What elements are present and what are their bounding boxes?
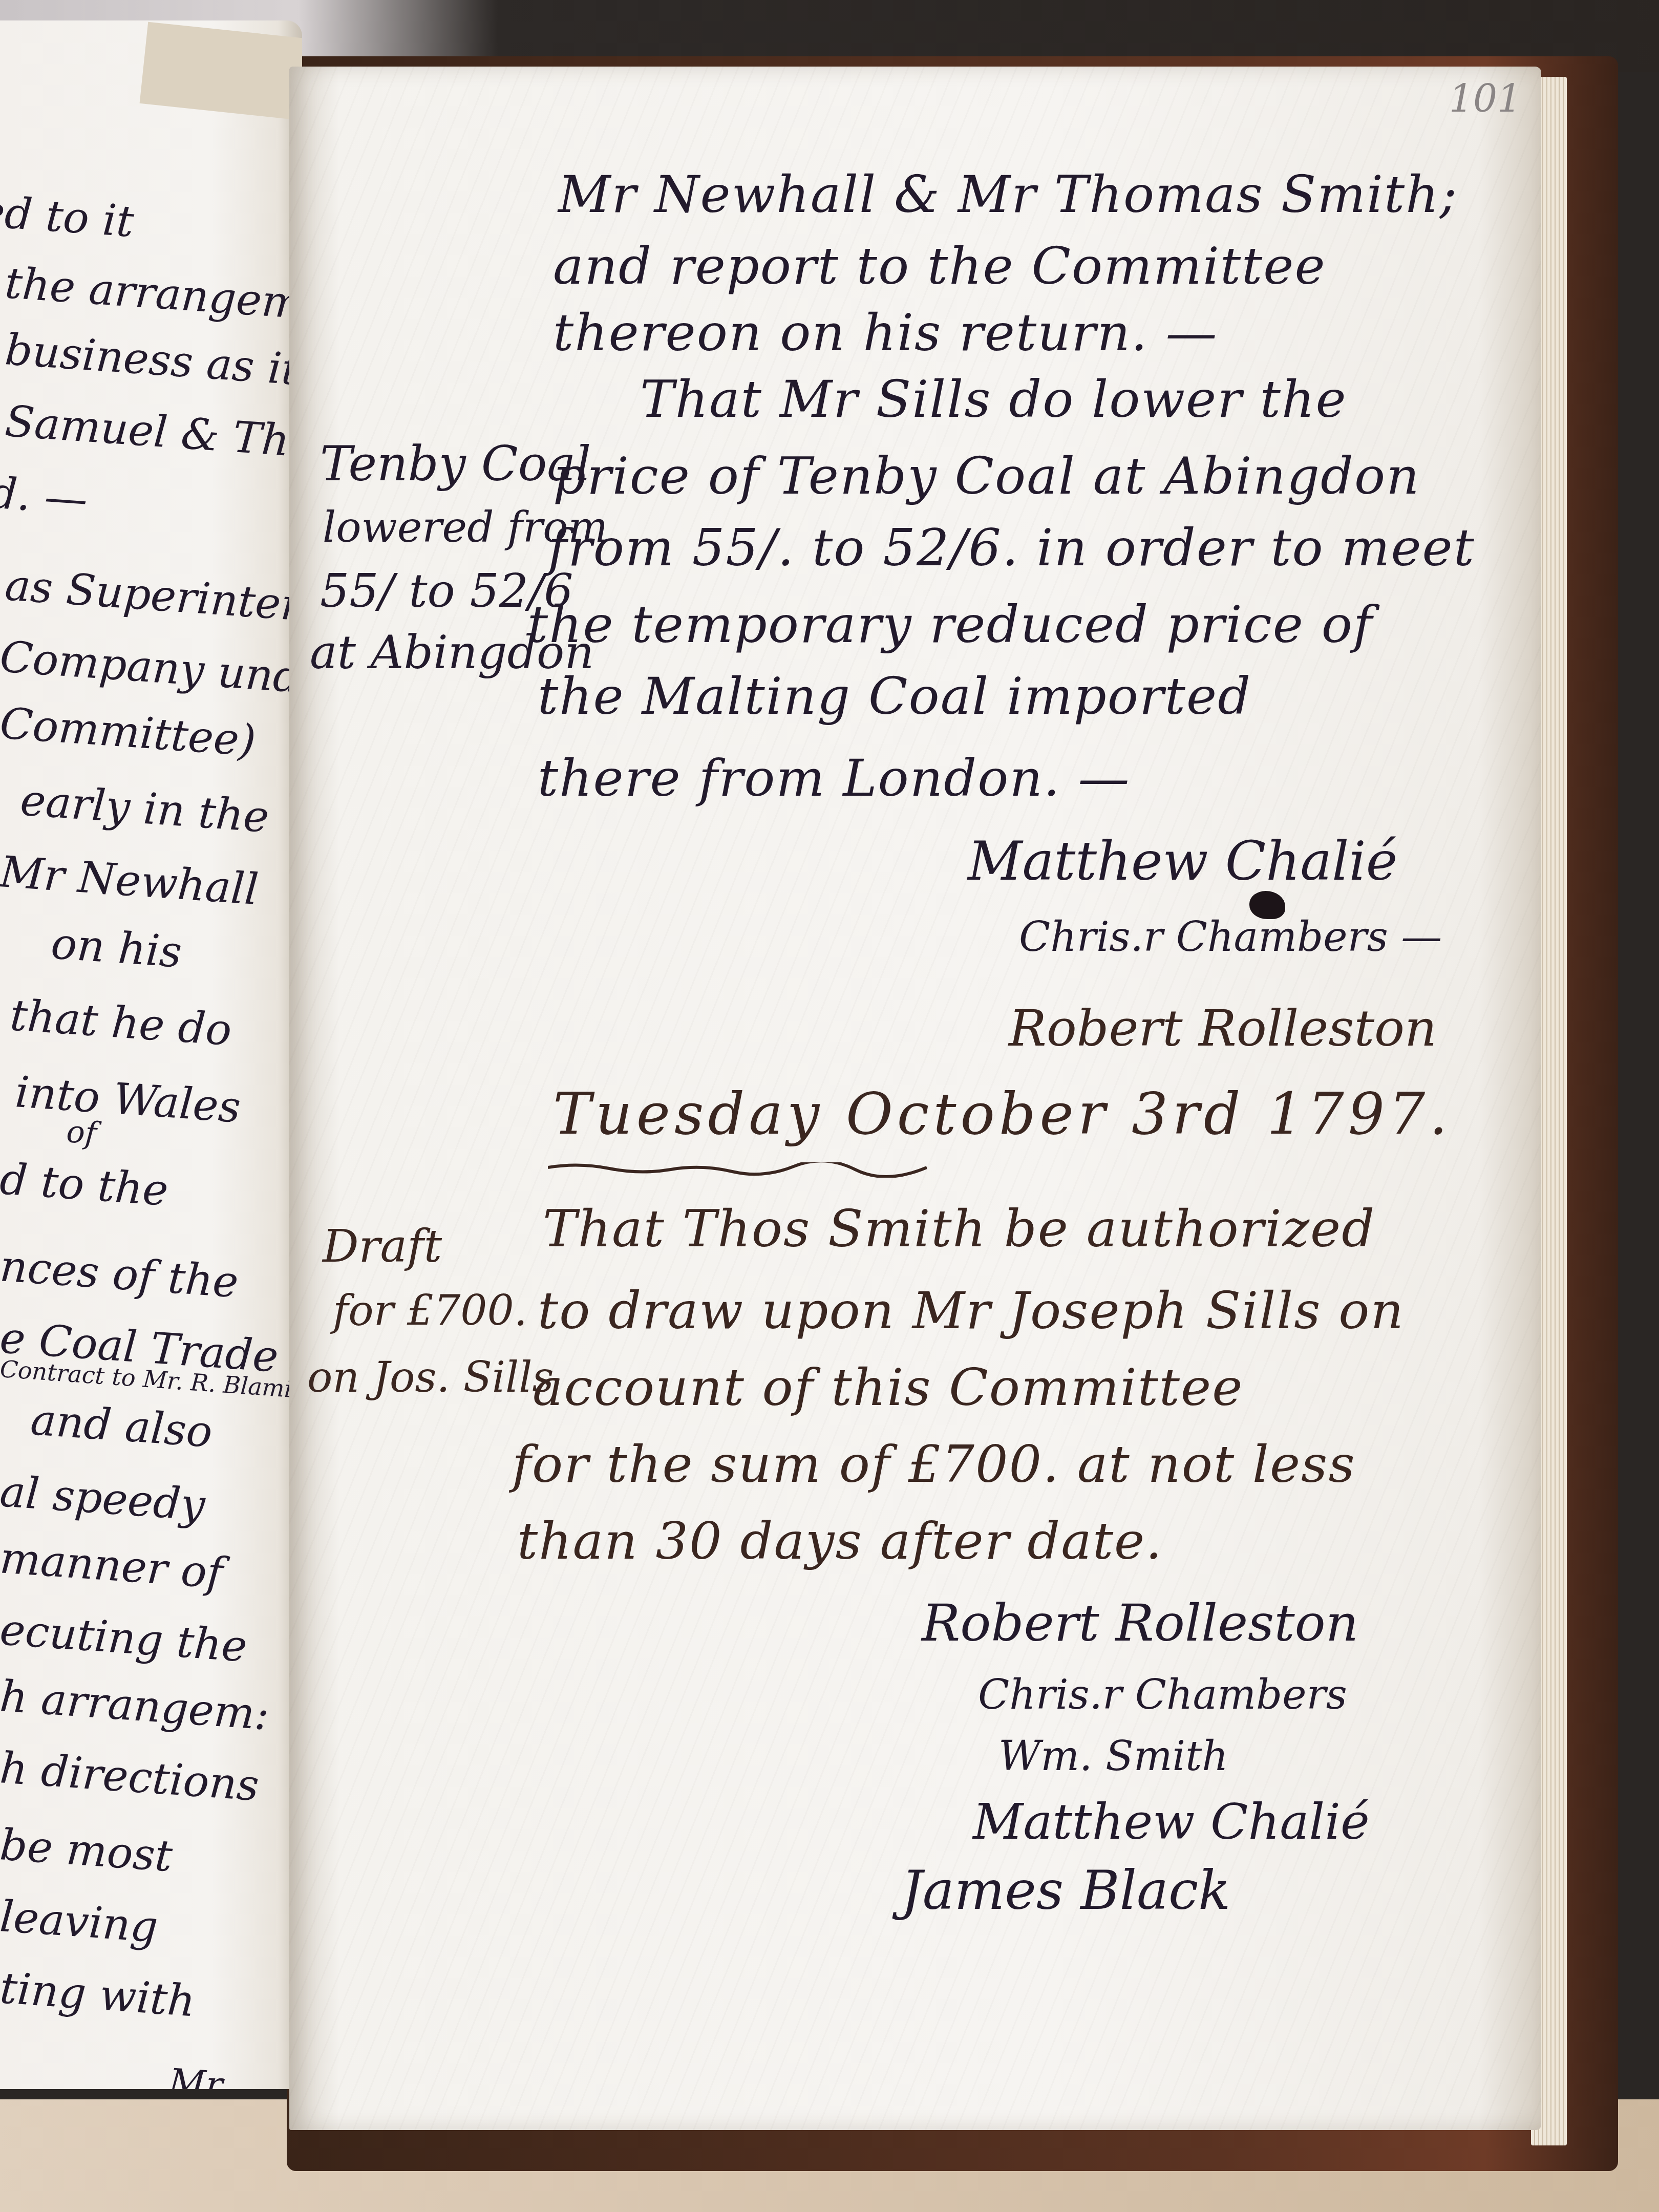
- left-line: al speedy: [0, 1470, 206, 1527]
- left-line: h directions: [0, 1746, 260, 1807]
- text-line: for the sum of £700. at not less: [512, 1439, 1356, 1490]
- text-line: from 55/. to 52/6. in order to meet: [548, 522, 1475, 573]
- left-line: ecuting the: [0, 1608, 248, 1668]
- left-line: as Superintendant: [4, 563, 302, 634]
- text-line: Mr Newhall & Mr Thomas Smith;: [558, 169, 1458, 220]
- signature-james-black: James Black: [901, 1864, 1230, 1917]
- text-line: to draw upon Mr Joseph Sills on: [538, 1285, 1405, 1336]
- left-line: nces of the: [0, 1244, 240, 1304]
- meeting-date-heading: Tuesday October 3rd 1797.: [553, 1086, 1452, 1143]
- left-line: business as it: [4, 328, 301, 391]
- left-line: ting with: [0, 1966, 197, 2023]
- left-line: that he do: [9, 993, 233, 1052]
- signature-matthew-chalie: Matthew Chalié: [973, 1797, 1370, 1846]
- text-line: the Malting Coal imported: [538, 671, 1251, 722]
- book-photograph: ed to it the arrangement business as it …: [0, 0, 1659, 2212]
- left-page: ed to it the arrangement business as it …: [0, 20, 302, 2089]
- signature-robert-rolleston: Robert Rolleston: [922, 1598, 1358, 1649]
- flourish-divider: [548, 1162, 927, 1178]
- text-line: thereon on his return. —: [553, 307, 1218, 358]
- left-line: leaving: [0, 1895, 159, 1948]
- page-number: 101: [1449, 77, 1521, 121]
- text-line: account of this Committee: [533, 1362, 1243, 1413]
- left-line: be most: [0, 1823, 174, 1878]
- left-insertion: of: [66, 1116, 97, 1149]
- text-line: the temporary reduced price of: [527, 599, 1373, 650]
- left-line: h arrangem:: [0, 1674, 270, 1736]
- left-catchword: Mr: [168, 2064, 224, 2089]
- signature-matthew-chalie: Matthew Chalié: [968, 835, 1397, 888]
- text-line: That Thos Smith be authorized: [543, 1203, 1375, 1254]
- left-line: Committee): [0, 701, 257, 762]
- text-line: That Mr Sills do lower the: [640, 374, 1347, 425]
- margin-note-line: on Jos. Sills: [307, 1357, 554, 1399]
- margin-note-heading: Tenby Coal: [320, 440, 591, 488]
- left-line: and also: [29, 1398, 214, 1454]
- left-line: on his: [50, 922, 183, 974]
- left-line: Company under: [0, 635, 302, 702]
- left-line: manner of: [0, 1536, 224, 1594]
- signature-robert-rolleston: Robert Rolleston: [1009, 1004, 1437, 1054]
- left-line: the arrangement: [4, 261, 302, 330]
- text-line: and report to the Committee: [553, 241, 1326, 292]
- left-line: into Wales: [14, 1070, 242, 1129]
- left-line: Mr Newhall: [0, 850, 260, 911]
- signature-chris-chambers: Chris.r Chambers: [978, 1674, 1347, 1715]
- signature-wm-smith: Wm. Smith: [998, 1736, 1228, 1777]
- left-line: d to the: [0, 1157, 169, 1212]
- text-line: than 30 days after date.: [517, 1516, 1163, 1567]
- signature-chris-chambers: Chris.r Chambers —: [1019, 917, 1442, 958]
- text-line: there from London. —: [538, 753, 1130, 804]
- text-line: price of Tenby Coal at Abingdon: [553, 451, 1420, 502]
- margin-note-heading: Draft: [323, 1224, 442, 1269]
- paper-tab: [140, 22, 302, 122]
- left-line: d. —: [0, 471, 89, 521]
- margin-note-line: for £700.: [333, 1290, 527, 1332]
- left-line: ed to it: [0, 189, 135, 243]
- left-line: early in the: [19, 778, 270, 839]
- left-line: Samuel & Thomas: [4, 399, 302, 470]
